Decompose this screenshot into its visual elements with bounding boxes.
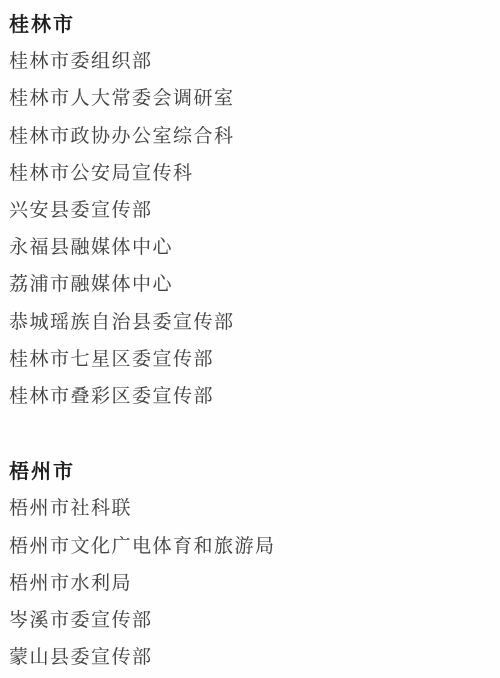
org-list-item: 蒙山县委宣传部 (9, 637, 490, 674)
org-list-item: 桂林市人大常委会调研室 (9, 78, 490, 115)
section-heading: 梧州市 (9, 451, 490, 488)
org-list-item: 桂林市公安局宣传科 (9, 153, 490, 190)
org-list-item: 桂林市叠彩区委宣传部 (9, 376, 490, 413)
city-section: 桂林市桂林市委组织部桂林市人大常委会调研室桂林市政协办公室综合科桂林市公安局宣传… (9, 4, 490, 413)
org-list-item: 恭城瑶族自治县委宣传部 (9, 302, 490, 339)
org-list-item: 梧州市水利局 (9, 563, 490, 600)
document-page: 桂林市桂林市委组织部桂林市人大常委会调研室桂林市政协办公室综合科桂林市公安局宣传… (0, 0, 500, 678)
org-list-item: 岑溪市委宣传部 (9, 600, 490, 637)
org-list-item: 兴安县委宣传部 (9, 190, 490, 227)
org-list-item: 荔浦市融媒体中心 (9, 264, 490, 301)
section-heading: 桂林市 (9, 4, 490, 41)
org-list-item: 永福县融媒体中心 (9, 227, 490, 264)
city-section: 梧州市梧州市社科联梧州市文化广电体育和旅游局梧州市水利局岑溪市委宣传部蒙山县委宣… (9, 451, 490, 674)
org-list-item: 桂林市政协办公室综合科 (9, 116, 490, 153)
org-list-item: 桂林市七星区委宣传部 (9, 339, 490, 376)
org-list-item: 梧州市文化广电体育和旅游局 (9, 525, 490, 562)
org-list-item: 桂林市委组织部 (9, 41, 490, 78)
org-list-item: 梧州市社科联 (9, 488, 490, 525)
